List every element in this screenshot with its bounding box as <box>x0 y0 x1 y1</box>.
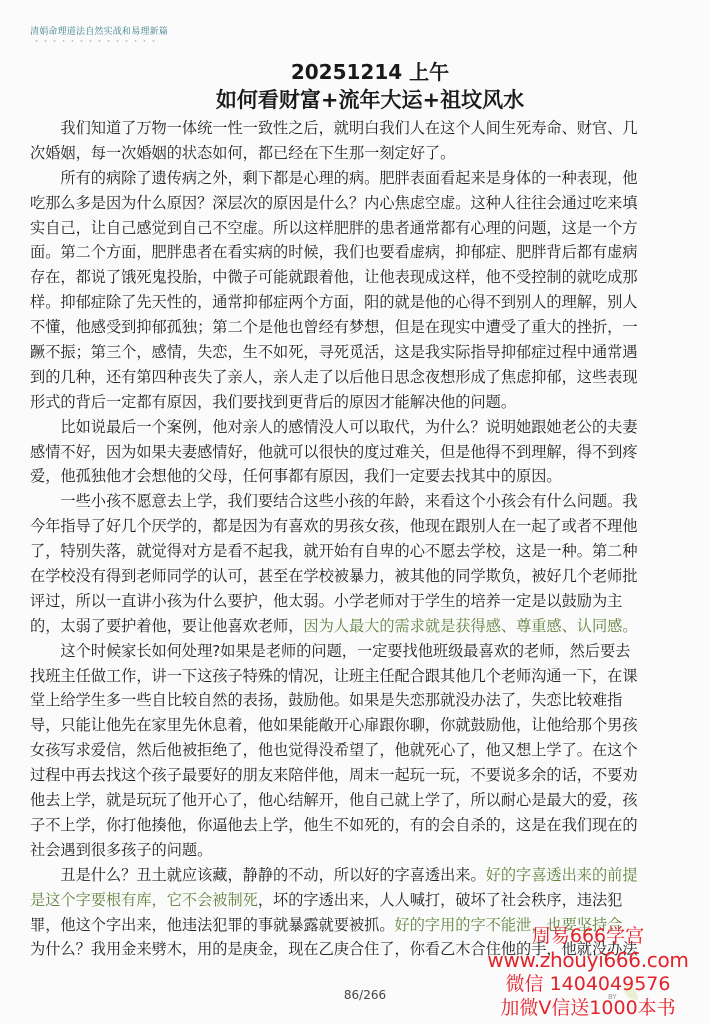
title-date: 20251214 上午 <box>0 56 710 85</box>
text-segment: 罪，他这个字出来，他违法犯罪的事就暴露就要被抓。 <box>30 916 395 934</box>
watermark-promo: 加微V信送1000本书 <box>478 996 698 1020</box>
text-line: 在学校没有得到老师同学的认可，甚至在学校被暴力，被其他的同学欺负，被好几个老师批 <box>30 564 682 589</box>
highlighted-text: 是这个字要根有库，它不会被制死 <box>30 891 258 909</box>
text-line: 女孩写求爱信，然后他被拒绝了，他也觉得没希望了，他就死心了，他又想上学了。在这个 <box>30 738 682 763</box>
text-line: 过程中再去找这个孩子最要好的朋友来陪伴他，周末一起玩一玩，不要说多余的话，不要劝 <box>30 763 682 788</box>
text-segment: ，坏的字透出来，人人喊打，破坏了社会秩序，违法犯 <box>258 891 623 909</box>
text-line: 面。第二个方面，肥胖患者在看实病的时候，我们也要看虚病，抑郁症、肥胖背后都有虚病 <box>30 240 682 265</box>
watermark: 周易666学宫 www.zhouyi666.com 微信 1404049576 … <box>478 924 698 1020</box>
watermark-title: 周易666学宫 <box>478 924 698 948</box>
header-divider <box>32 40 160 42</box>
text-line: 今年指导了好几个厌学的，都是因为有喜欢的男孩女孩，他现在跟别人在一起了或者不理他 <box>30 514 682 539</box>
highlighted-text: 好的字喜透出来的前提 <box>486 866 638 884</box>
text-line: 存在，都说了饿死鬼投胎，中微子可能就跟着他，让他表现成这样，他不受控制的就吃成那 <box>30 265 682 290</box>
text-line: 丑是什么？丑土就应该藏，静静的不动，所以好的字喜透出来。好的字喜透出来的前提 <box>30 863 682 888</box>
text-line: 的，太弱了要护着他，要让他喜欢老师，因为人最大的需求就是获得感、尊重感、认同感。 <box>30 614 682 639</box>
document-page: 清娟命理道法自然实战和易理新篇 20251214 上午 如何看财富+流年大运+祖… <box>0 0 710 1024</box>
text-line: 堂上给学生多一些自比较自然的表扬，鼓励他。如果是失恋那就没办法了，失恋比较难指 <box>30 688 682 713</box>
text-line: 他去上学，就是玩玩了他开心了，他心结解开，他自己就上学了，所以耐心是最大的爱，孩 <box>30 788 682 813</box>
text-line: 感情不好，因为如果夫妻感情好，他就可以很快的度过难关，但是他得不到理解，得不到疼 <box>30 440 682 465</box>
text-line: 这个时候家长如何处理?如果是老师的问题，一定要找他班级最喜欢的老师，然后要去 <box>30 639 682 664</box>
text-line: 所有的病除了遗传病之外，剩下都是心理的病。肥胖表面看起来是身体的一种表现，他 <box>30 166 682 191</box>
text-line: 一些小孩不愿意去上学，我们要结合这些小孩的年龄，来看这个小孩会有什么问题。我 <box>30 489 682 514</box>
text-line: 蹶不振；第三个，感情，失恋，生不如死，寻死觅活，这是我实际指导抑郁症过程中通常遇 <box>30 340 682 365</box>
text-line: 爱，他孤独他才会想他的父母，任何事都有原因，我们一定要去找其中的原因。 <box>30 464 682 489</box>
text-line: 到的几种，还有第四种丧失了亲人，亲人走了以后他日思念夜想形成了焦虑抑郁，这些表现 <box>30 365 682 390</box>
text-segment: 丑是什么？丑土就应该藏，静静的不动，所以好的字喜透出来。 <box>30 866 486 884</box>
text-line: 形式的背后一定都有原因，我们要找到更背后的原因才能解决他的问题。 <box>30 390 682 415</box>
text-line: 实自己，让自己感觉到自己不空虚。所以这样肥胖的患者通常都有心理的问题，这是一个方 <box>30 216 682 241</box>
text-line: 子不上学，你打他揍他，你逼他去上学，他生不如死的，有的会自杀的，这是在我们现在的 <box>30 813 682 838</box>
text-line: 了，特别失落，就觉得对方是看不起我，就开始有自卑的心不愿去学校，这是一种。第二种 <box>30 539 682 564</box>
text-line: 社会遇到很多孩子的问题。 <box>30 838 682 863</box>
text-line: 是这个字要根有库，它不会被制死，坏的字透出来，人人喊打，破坏了社会秩序，违法犯 <box>30 888 682 913</box>
text-line: 我们知道了万物一体统一性一致性之后，就明白我们人在这个人间生死寿命、财官、几 <box>30 116 682 141</box>
text-line: 样。抑郁症除了先天性的，通常抑郁症两个方面，阳的就是他的心得不到别人的理解，别人 <box>30 290 682 315</box>
page-title: 如何看财富+流年大运+祖坟风水 <box>0 84 710 114</box>
text-line: 找班主任做工作，讲一下这孩子特殊的情况，让班主任配合跟其他几个老师沟通一下，在课 <box>30 664 682 689</box>
text-line: 导，只能让他先在家里先休息着，他如果能敞开心扉跟你聊，你就鼓励他，让他给那个男孩 <box>30 713 682 738</box>
text-line: 次婚姻，每一次婚姻的状态如何，都已经在下生那一刻定好了。 <box>30 141 682 166</box>
watermark-url: www.zhouyi666.com <box>478 948 698 972</box>
highlighted-text: 因为人最大的需求就是获得感、尊重感、认同感。 <box>303 617 637 635</box>
header-label: 清娟命理道法自然实战和易理新篇 <box>30 24 168 37</box>
text-line: 比如说最后一个案例，他对亲人的感情没人可以取代，为什么？说明她跟她老公的夫妻 <box>30 415 682 440</box>
text-line: 吃那么多是因为什么原因？深层次的原因是什么？内心焦虑空虚。这种人往往会通过吃来填 <box>30 191 682 216</box>
body-text: 我们知道了万物一体统一性一致性之后，就明白我们人在这个人间生死寿命、财官、几 次… <box>30 116 682 962</box>
text-segment: 的，太弱了要护着他，要让他喜欢老师， <box>30 617 303 635</box>
text-line: 不懂，他感受到抑郁孤独；第二个是他也曾经有梦想，但是在现实中遭受了重大的挫折，一 <box>30 315 682 340</box>
watermark-wechat: 微信 1404049576 <box>478 972 698 996</box>
text-line: 评过，所以一直讲小孩为什么要护，他太弱。小学老师对于学生的培养一定是以鼓励为主 <box>30 589 682 614</box>
